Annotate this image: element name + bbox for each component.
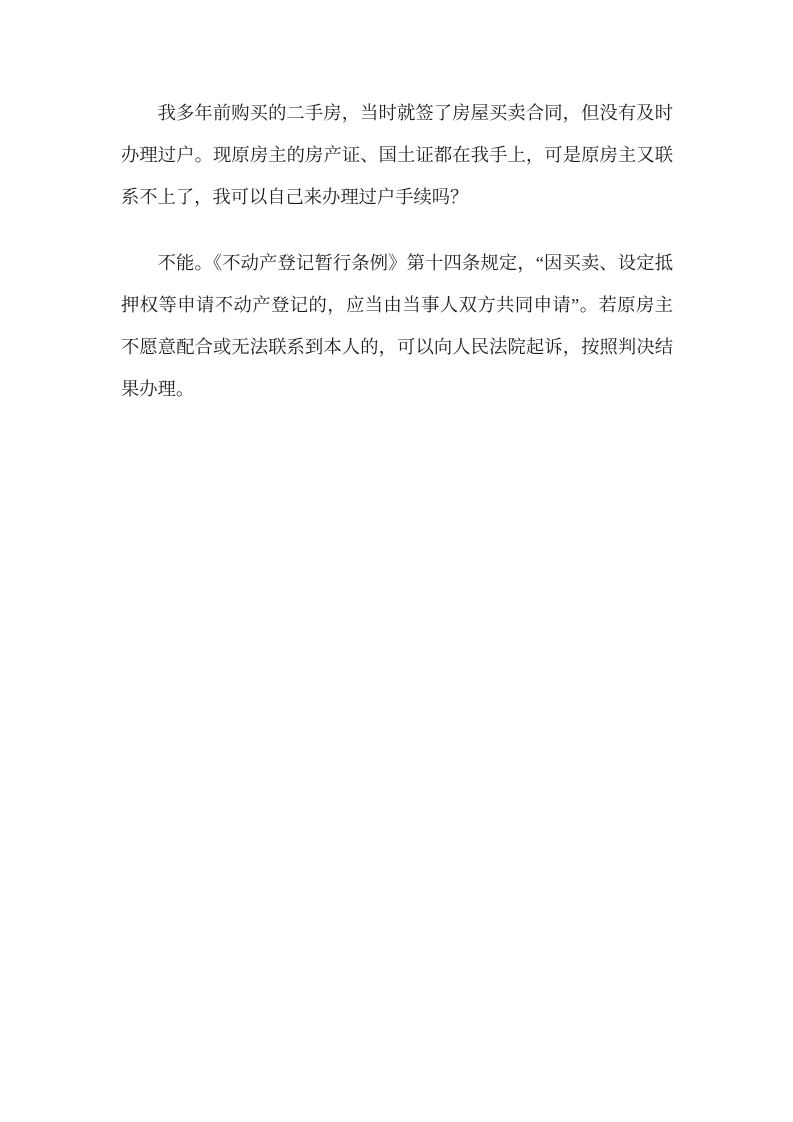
paragraph-answer: 不能。《不动产登记暂行条例》第十四条规定，“因买卖、设定抵押权等申请不动产登记的… xyxy=(121,242,673,410)
paragraph-question: 我多年前购买的二手房，当时就签了房屋买卖合同，但没有及时办理过户。现原房主的房产… xyxy=(121,92,673,218)
document-page: 我多年前购买的二手房，当时就签了房屋买卖合同，但没有及时办理过户。现原房主的房产… xyxy=(0,0,793,1122)
document-body: 我多年前购买的二手房，当时就签了房屋买卖合同，但没有及时办理过户。现原房主的房产… xyxy=(121,92,673,410)
